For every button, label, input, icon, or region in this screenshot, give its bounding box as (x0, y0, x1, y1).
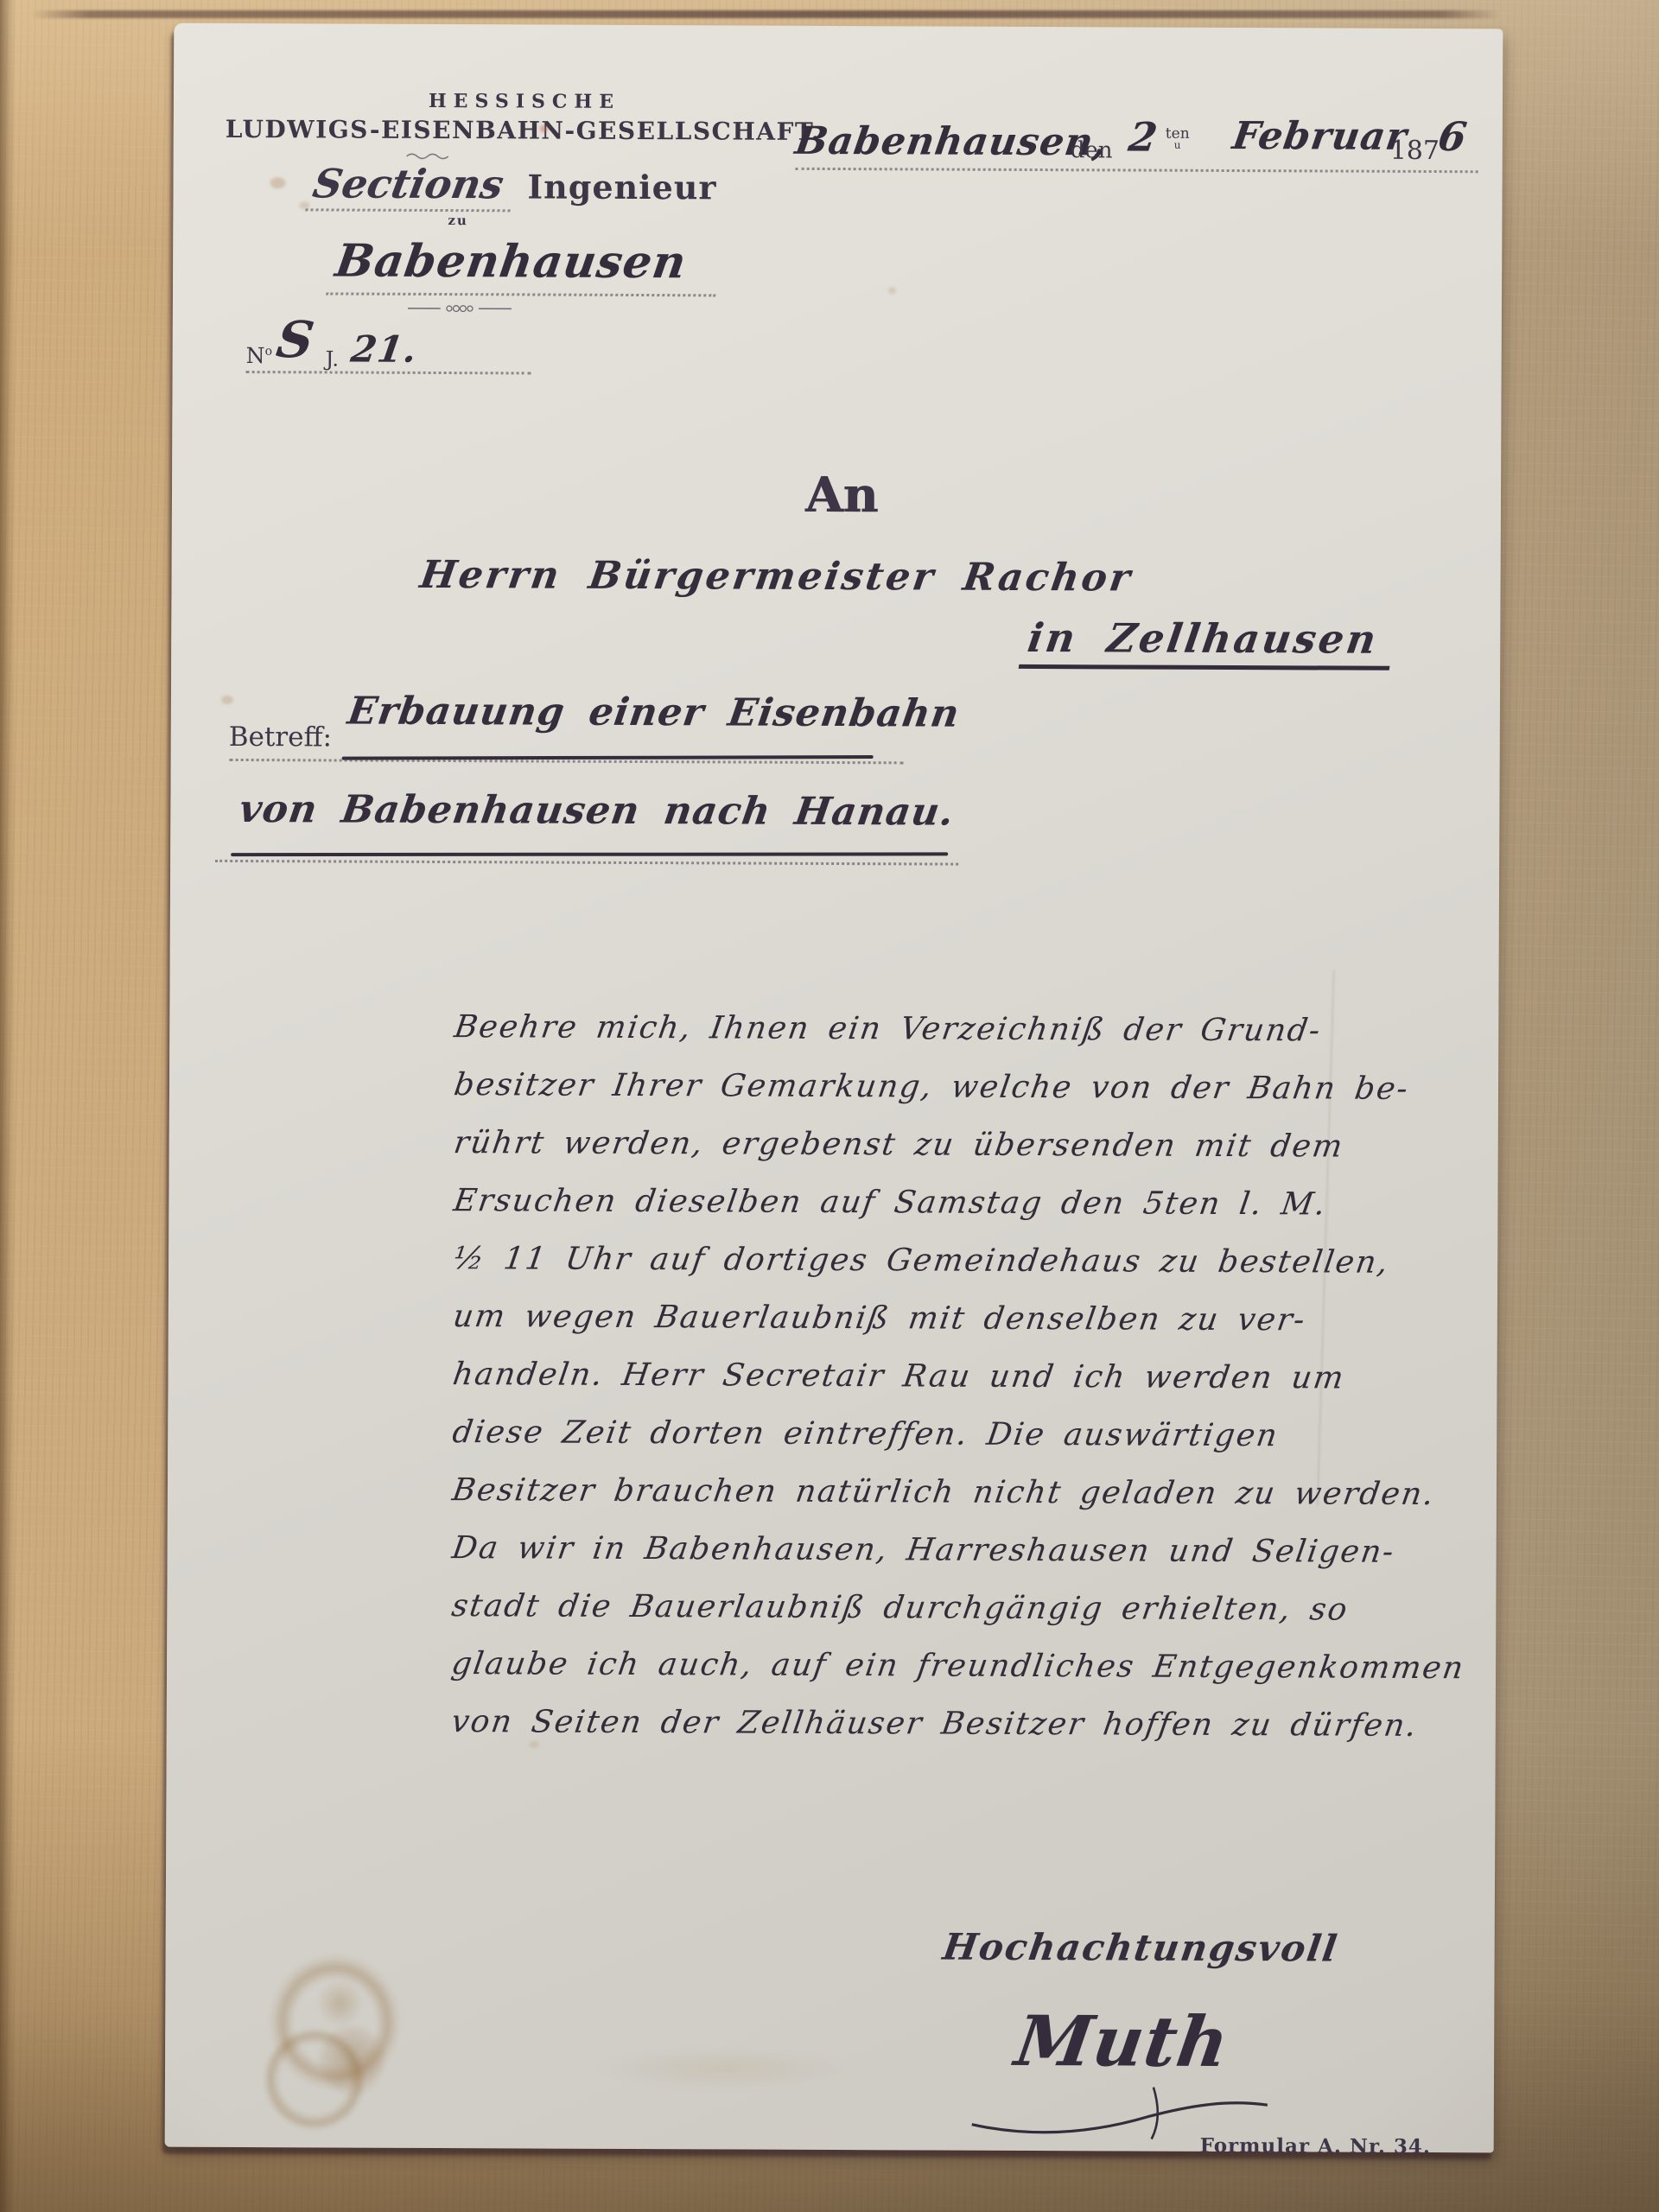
document-sheet: HESSISCHE LUDWIGS-EISENBAHN-GESELLSCHAFT… (165, 23, 1503, 2153)
date-line: Babenhausen, den 2 ten u Februar 187 6 (796, 112, 1487, 181)
body-line: von Seiten der Zellhäuser Besitzer hoffe… (446, 1704, 1500, 1766)
body-line: ½ 11 Uhr auf dortiges Gemeindehaus zu be… (448, 1241, 1502, 1303)
date-month-handwritten: Februar (1230, 114, 1410, 159)
reference-number-row: No S J. 21. (246, 317, 652, 381)
date-place-handwritten: Babenhausen, (792, 119, 1110, 165)
body-line: Ersuchen dieselben auf Samstag den 5ten … (448, 1183, 1503, 1245)
foxing-spot (540, 125, 548, 133)
office-title-script: Sections (305, 160, 519, 212)
office-title-print: Ingenieur (527, 167, 716, 207)
office-place-handwritten: Babenhausen (326, 234, 725, 296)
subject-dotted-rule-2 (215, 860, 958, 866)
reference-middle-label: J. (326, 346, 340, 371)
foxing-spot (888, 287, 896, 294)
body-line: um wegen Bauerlaubniß mit denselben zu v… (448, 1299, 1502, 1361)
date-dotted-rule (796, 168, 1478, 173)
company-name-line1: HESSISCHE (239, 89, 810, 114)
office-title: Sections Ingenieur (309, 160, 716, 213)
recipient-place: in Zellhausen (1019, 614, 1397, 671)
body-line: rührt werden, ergebenst zu übersenden mi… (448, 1125, 1503, 1187)
reference-number-handwritten: 21. (348, 328, 420, 371)
subject-underline-2 (231, 852, 948, 856)
recipient-name: Herrn Bürgermeister Rachor (417, 553, 1135, 601)
water-stain (247, 1946, 416, 2137)
subject-label: Betreff: (229, 721, 332, 753)
date-den-label: den (1071, 137, 1113, 163)
wood-board-edge (0, 0, 16, 2212)
closing-salutation: Hochachtungsvoll (940, 1926, 1341, 1970)
subject-dotted-rule-1 (230, 759, 904, 764)
body-line: handeln. Herr Secretair Rau und ich werd… (448, 1357, 1502, 1419)
office-preposition: zu (448, 213, 468, 228)
body-line: Beehre mich, Ihnen ein Verzeichniß der G… (448, 1009, 1503, 1071)
foxing-spot (299, 201, 309, 209)
foxing-spot (270, 177, 286, 188)
date-year-printed: 187 (1390, 136, 1440, 166)
date-day-handwritten: 2 (1126, 113, 1161, 160)
form-number: Formular A. Nr. 34. (1200, 2134, 1431, 2158)
ornament-divider (408, 302, 512, 315)
subject-line-2: von Babenhausen nach Hanau. (237, 787, 957, 835)
no-label: No (246, 343, 272, 368)
reference-letter-handwritten: S (273, 310, 319, 369)
subject-line-1: Erbauung einer Eisenbahn (345, 690, 963, 736)
date-year-handwritten: 6 (1435, 113, 1471, 160)
wood-crack-line (31, 10, 1500, 18)
reference-dotted-rule (246, 371, 531, 374)
body-line: Besitzer brauchen natürlich nicht gelade… (447, 1472, 1501, 1535)
foxing-spot (530, 1740, 539, 1748)
letter-body: Beehre mich, Ihnen ein Verzeichniß der G… (450, 1009, 1499, 1766)
body-line: glaube ich auch, auf ein freundliches En… (446, 1646, 1500, 1708)
recipient-an-heading: An (805, 467, 878, 524)
faint-stain-streak (537, 2038, 917, 2101)
signature: Muth (1010, 2000, 1234, 2082)
body-line: stadt die Bauerlaubniß durchgängig erhie… (446, 1588, 1500, 1650)
body-line: Da wir in Babenhausen, Harreshausen und … (447, 1530, 1501, 1592)
foxing-spot (221, 696, 233, 704)
body-line: diese Zeit dorten eintreffen. Die auswär… (447, 1414, 1501, 1477)
date-day-suffix: ten u (1166, 128, 1190, 150)
body-line: besitzer Ihrer Gemarkung, welche von der… (448, 1067, 1503, 1129)
squiggle-ornament (405, 150, 452, 161)
company-name-line2: LUDWIGS-EISENBAHN-GESELLSCHAFT. (226, 115, 692, 145)
